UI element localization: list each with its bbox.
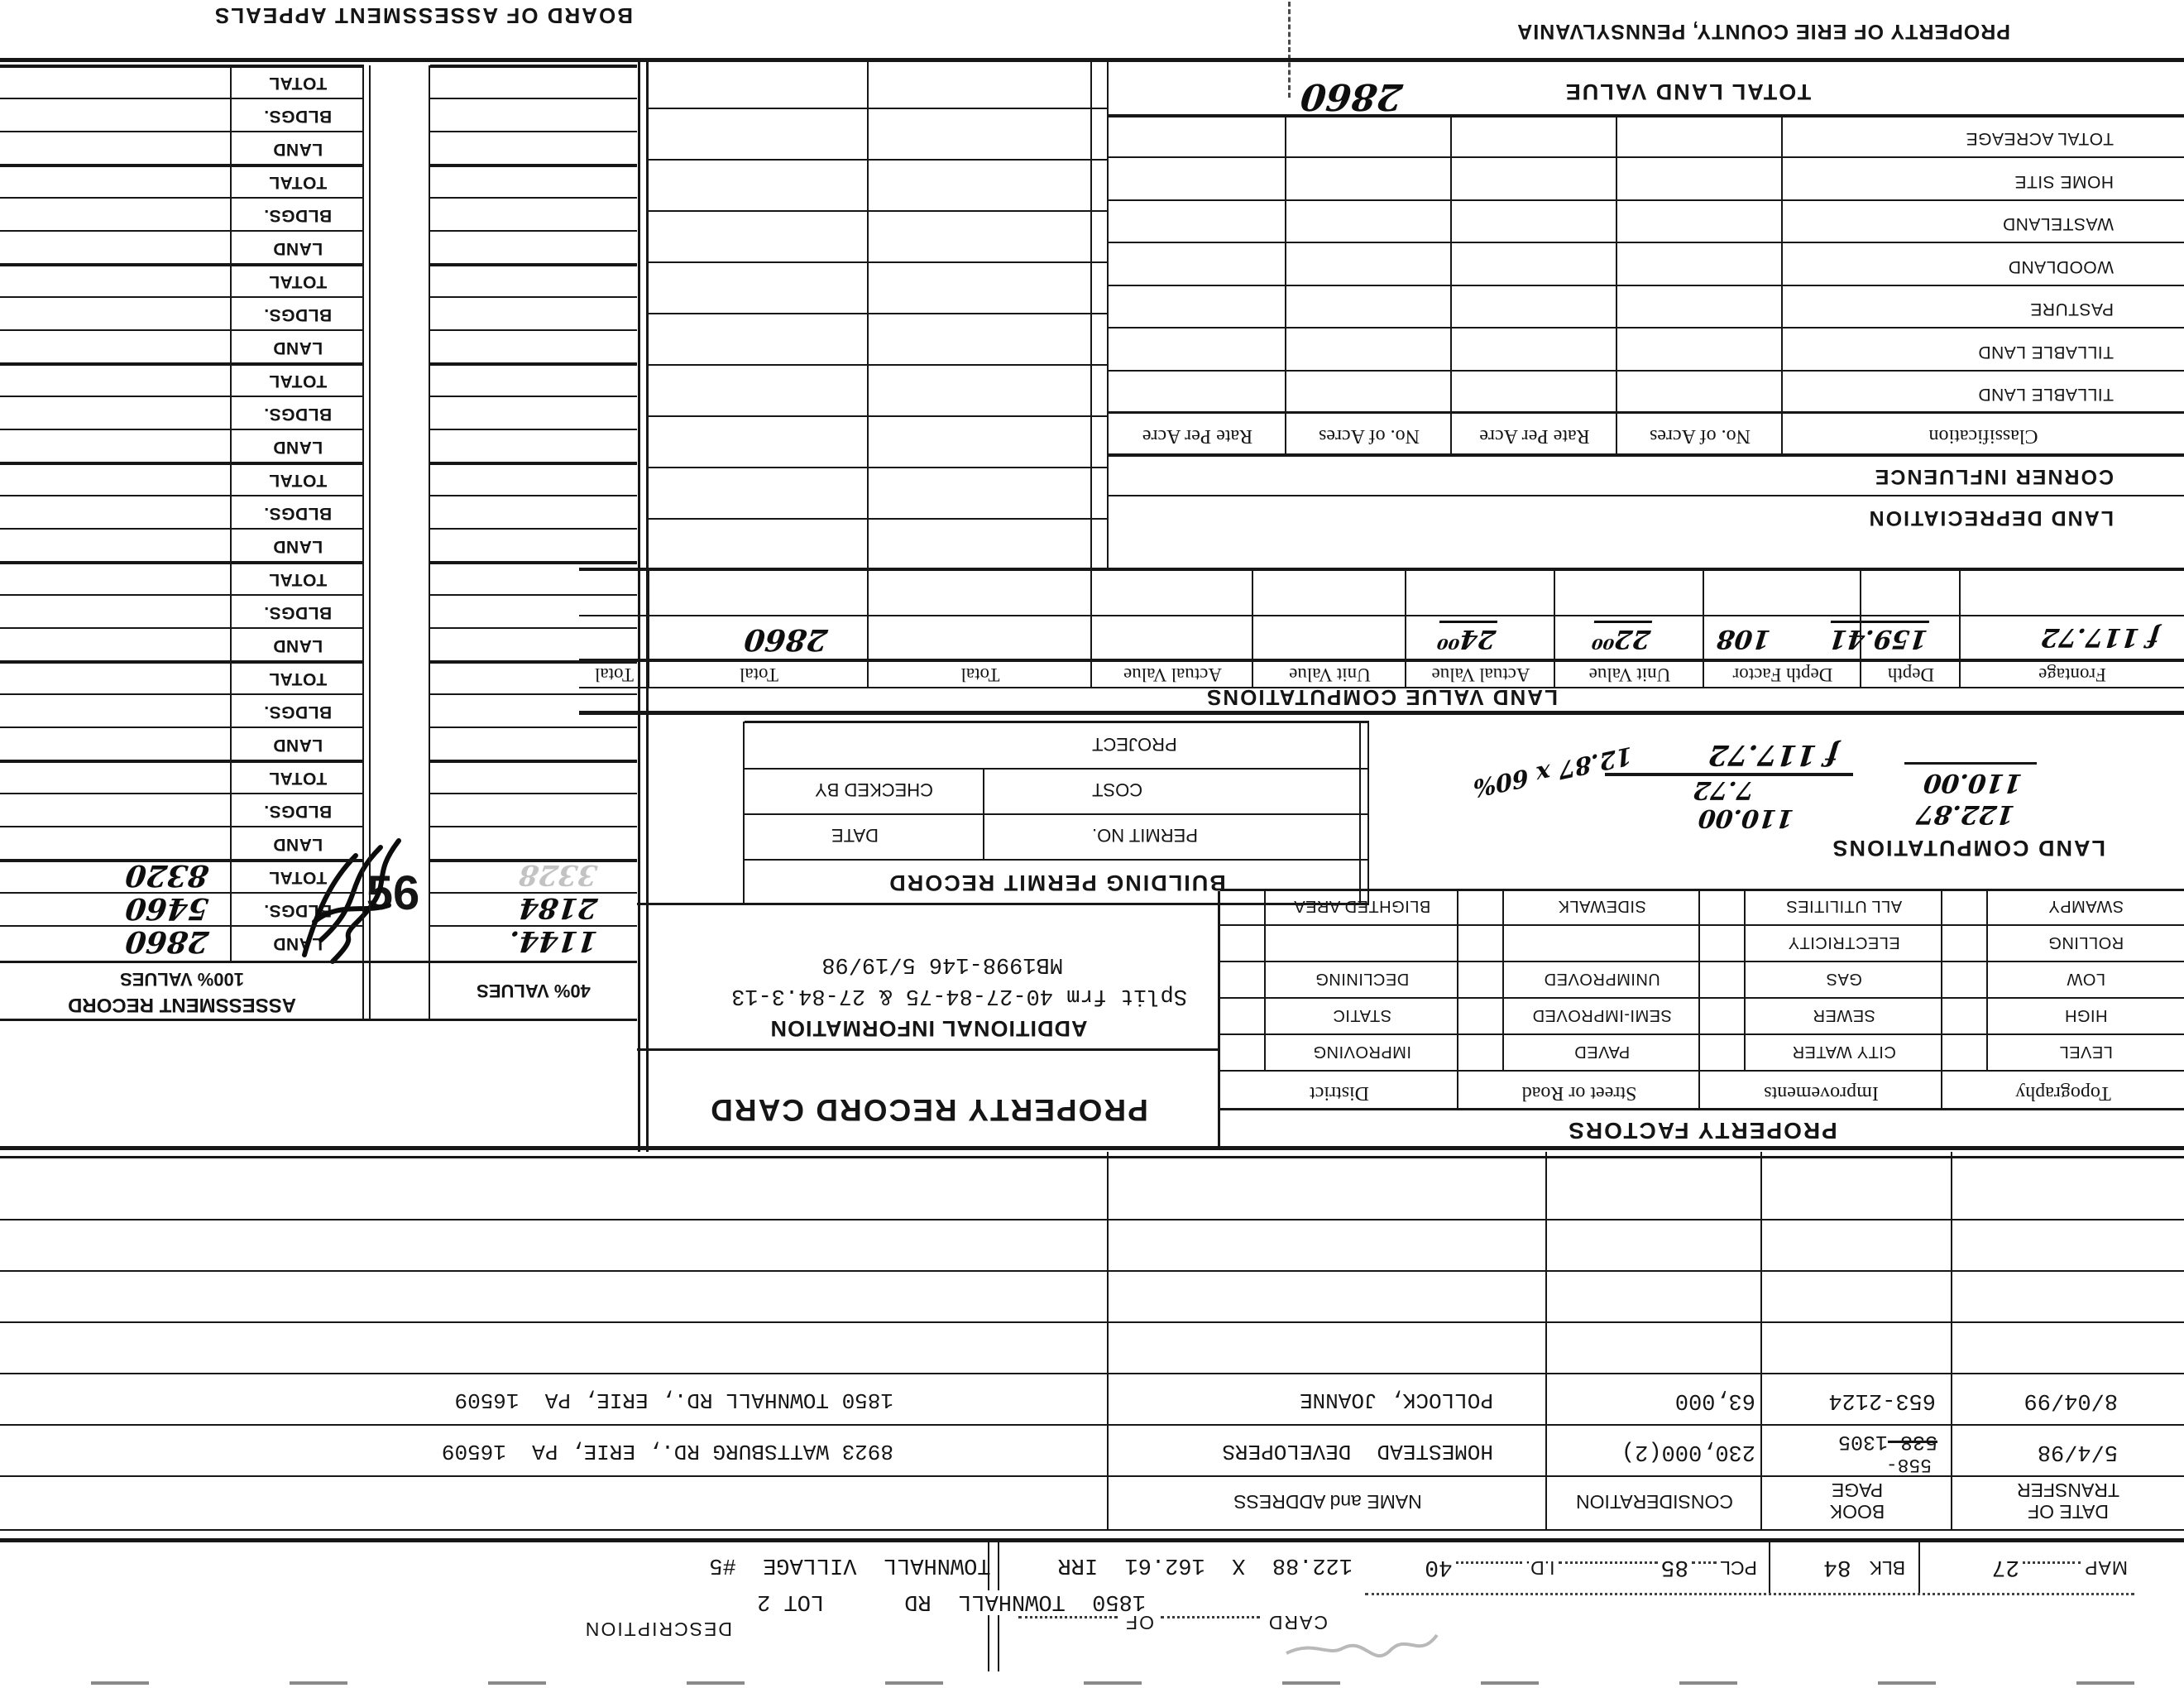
total-land-value-label: TOTAL LAND VALUE [1522,79,1853,104]
rule-line [430,594,637,596]
rule-line [998,1542,999,1590]
rule-line [0,925,364,927]
rule-line [1109,199,2184,201]
rule-line [1554,571,1555,688]
land-computations-title: LAND COMPUTATIONS [1832,835,2105,861]
corner-influence-label: CORNER INFLUENCE [1874,464,2114,488]
lvc-depth-factor-value: 108 [1715,624,1772,654]
assessment-row-label: BLDGS. [232,305,364,324]
assessment-row-label: BLDGS. [232,205,364,225]
rule-line [0,263,364,266]
classification-header: No. of Acres [1286,424,1452,447]
lc-minuend: 122.87 [1914,799,2015,829]
rule-line [430,429,637,430]
rule-line [430,329,637,331]
pcl-label: PCL [1720,1557,1757,1579]
rule-line [1252,571,1253,688]
assessment-record-header: ASSESSMENT RECORD [0,993,364,1016]
rule-line [579,659,2184,662]
rule-line [0,58,2184,62]
rule-line [1220,889,2184,891]
factor-group-header: Topography [1942,1081,2184,1104]
rule-line [1220,1033,2184,1035]
assessment-row-label: BLDGS. [232,602,364,622]
classification-row-label: WOODLAND [2008,257,2114,276]
rule-line [430,164,637,167]
assessment-row-label: LAND [232,139,364,159]
rule-line [430,362,637,366]
lvc-actual-value: 24⁰⁰ [1436,621,1498,654]
rule-line [647,415,1109,417]
footer-divider [1288,2,1291,98]
lvc-column-header: Unit Value [1555,664,1704,685]
permit-checked-by-label: CHECKED BY [815,779,984,800]
rule-line [745,859,1369,861]
factor-group-header: Street or Road [1458,1081,1700,1104]
rule-line [579,568,2184,571]
rule-line [0,197,364,199]
blk-label: BLK [1870,1557,1905,1579]
rule-line [0,1373,2184,1374]
blk-cell: BLK 84 [1770,1540,1920,1593]
rule-line [0,1019,637,1021]
rule-line [0,362,364,366]
rule-line [745,813,1369,815]
rule-line [0,1538,2184,1542]
assessment-row-label: TOTAL [232,73,364,93]
rule-line [0,462,364,465]
rule-line [1109,327,2184,328]
rule-line [647,159,1109,161]
rule-line [1616,116,1617,457]
transfer-consideration: 63,000 [1675,1388,1755,1412]
rule-line [1109,453,2184,457]
rule-line [1109,411,2184,414]
rule-line [647,364,1109,366]
rule-line [983,770,984,861]
rule-line [430,98,637,99]
factor-item: ROLLING [1988,933,2184,952]
rule-line [1744,891,1746,1072]
assessment-100pct-value: 2860 [124,924,211,959]
rule-line [0,131,364,132]
lc-sum-bar [1605,773,1853,776]
classification-row-label: TILLABLE LAND [1978,384,2114,404]
lvc-column-header: Depth Factor [1704,664,1861,685]
rule-line [0,429,364,430]
rule-line [430,793,637,794]
description-dimensions: 122.88 X 162.61 IRR TOWNHALL VILLAGE #5 [709,1552,1353,1577]
footer-left: PROPERTY OF ERIE COUNTY, PENNSYLVANIA [1516,19,2010,43]
factor-item: HIGH [1988,1005,2184,1024]
factor-item: PAVED [1504,1042,1700,1061]
rule-line [1220,1070,2184,1072]
rule-line [0,164,364,167]
rule-line [1986,891,1988,1072]
rule-line [745,768,1369,770]
transfer-date: 8/04/99 [2024,1388,2118,1412]
permit-no-label: PERMIT NO. [1092,824,1365,846]
rule-line [1109,114,2184,117]
rule-line [0,1424,2184,1426]
rule-line [647,518,1109,520]
rule-line [867,571,869,688]
rule-line [1698,891,1700,1109]
transfer-date: 5/4/98 [2038,1439,2118,1464]
rule-line [743,722,745,904]
rule-line [1545,1152,1547,1529]
rule-line [430,396,637,397]
rule-line [430,296,637,298]
rule-line [1959,571,1961,688]
factor-item: SEWER [1746,1005,1942,1024]
rule-line [0,495,364,496]
pcl-value: 85 [1661,1554,1689,1580]
transfer-book-page: 653-2124 [1828,1388,1936,1412]
assessment-row-label: TOTAL [232,371,364,391]
factor-group-header: District [1220,1081,1458,1104]
lc-diff-bar [1904,762,2037,765]
map-leader [2023,1561,2081,1577]
lc-note: 12.87 x 60% [1472,741,1633,803]
lvc-total-value: 2860 [743,622,830,657]
rule-line [647,313,1109,314]
assessment-row-label: TOTAL [232,569,364,589]
transfer-book-header: BOOK PAGE [1808,1479,1907,1523]
rule-line [1264,891,1266,1072]
assessment-row-label: LAND [232,735,364,755]
map-strip: MAP 27 BLK 84 PCL 85 I.D. 40 [1365,1540,2134,1595]
lc-sum: f 117.72 [1707,738,1840,771]
rule-line [579,711,2184,715]
blk-value: 84 [1823,1554,1851,1580]
pcl-leader [1692,1561,1717,1577]
rule-line [430,495,637,496]
rule-line [362,65,364,1021]
assessment-row-label: TOTAL [232,271,364,291]
assessment-row-label: BLDGS. [232,503,364,523]
rule-line [430,760,637,763]
card-label: CARD [1267,1612,1328,1633]
rule-line [430,892,637,894]
edge-dashes [50,1681,2134,1685]
assessment-row-label: TOTAL [232,669,364,688]
assessment-row-label: BLDGS. [232,404,364,424]
rule-line [430,561,637,564]
assessment-row-label: LAND [232,635,364,655]
rule-line [647,210,1109,212]
rule-line [429,65,430,1021]
classification-header: Rate Per Acre [1452,424,1617,447]
rule-line [579,687,2184,688]
transfer-book-correction: 558- [1886,1454,1932,1475]
rule-line [430,197,637,199]
lvc-column-header: Actual Value [1092,664,1253,685]
rule-line [1220,961,2184,962]
pct40-header: 40% VALUES [430,980,637,1001]
factor-item: CITY WATER [1746,1042,1942,1061]
rule-line [0,961,637,963]
rule-line [430,462,637,465]
footer-right: BOARD OF ASSESSMENT APPEALS [213,2,633,28]
factor-item: GAS [1746,969,1942,988]
rule-line [1109,242,2184,243]
rule-line [0,859,364,862]
rule-line [1090,571,1092,688]
permit-date-label: DATE [831,824,984,846]
transfer-date-header: DATE OF TRANSFER [1998,1479,2138,1523]
assessment-row-label: TOTAL [232,470,364,490]
id-value: 40 [1425,1554,1453,1580]
factor-item: UNIMPROVED [1504,969,1700,988]
rule-line [1285,116,1286,457]
total-land-value-amount: 2860 [1299,75,1405,117]
rule-line [638,60,640,1152]
factor-item: LEVEL [1988,1042,2184,1061]
lvc-column-header: Unit Value [1253,664,1406,685]
factor-item: IMPROVING [1266,1042,1458,1061]
building-permit-title: BUILDING PERMIT RECORD [745,870,1369,895]
transfer-book-page: 538-1305 [1838,1430,1937,1454]
classification-row-label: PASTURE [2030,299,2114,319]
factor-group-header: Improvements [1700,1081,1942,1104]
assessment-row-label: BLDGS. [232,106,364,126]
assessment-40pct-value: 1144. [507,924,599,957]
lc-addend2: 7.72 [1692,775,1755,804]
rule-line [430,826,637,827]
rule-line [867,60,869,571]
rule-line [1951,1152,1952,1529]
assessment-100pct-value: 8320 [124,858,211,893]
rule-line [230,65,232,963]
rule-line [637,1048,1220,1051]
factor-item: DECLINING [1266,969,1458,988]
rule-line [1760,1152,1762,1529]
rule-line [0,329,364,331]
factor-item: ELECTRICITY [1746,933,1942,952]
rule-line [988,1542,989,1590]
additional-info-label: ADDITIONAL INFORMATION [637,1015,1220,1041]
lvc-depth-value: 159.41 [1827,621,1929,654]
rule-line [647,108,1109,109]
rule-line [1450,116,1452,457]
transfer-address: 8923 WATTSBURG RD., ERIE, PA 16509 [442,1439,893,1464]
rule-line [0,793,364,794]
rule-line [1860,571,1861,688]
assessment-row-label: LAND [232,338,364,357]
rule-line [988,1615,989,1671]
additional-info-line2: MB1998-146 5/19/98 [821,952,1063,976]
property-record-card: CARD OF MAP 27 BLK 84 PCL 85 I.D. 40 DES… [0,0,2184,1688]
card-of-line: CARD OF [1018,1611,1328,1633]
lvc-column-header: Total [649,664,869,685]
rule-line [0,396,364,397]
of-label: OF [1124,1612,1154,1633]
rule-line [430,65,637,68]
classification-header: Classification [1783,424,2184,447]
assessment-row-label: LAND [232,536,364,556]
rule-line [0,561,364,564]
classification-row-label: HOME SITE [2014,171,2114,191]
map-value: 27 [1992,1554,2020,1580]
rule-line [430,727,637,728]
rule-line [1109,495,2184,496]
pcl-cell: PCL 85 I.D. 40 [1365,1540,1770,1593]
assessment-row-label: LAND [232,238,364,258]
rule-line [1405,571,1406,688]
rule-line [0,1529,2184,1531]
transfer-consideration-header: CONSIDERATION [1547,1490,1762,1513]
assessment-row-label: BLDGS. [232,702,364,722]
rule-line [1109,285,2184,286]
card-leader [1161,1616,1260,1632]
rule-line [1107,1152,1109,1529]
rule-line [647,467,1109,468]
rule-line [1457,891,1458,1109]
rule-line [0,296,364,298]
rule-line [0,727,364,728]
assessment-row-label: TOTAL [232,768,364,788]
classification-header: Rate Per Acre [1109,424,1286,447]
classification-row-label: TOTAL ACREAGE [1966,128,2114,148]
assessment-row-label: LAND [232,437,364,457]
factor-item: SEMI-IMPROVED [1504,1005,1700,1024]
rule-line [369,65,371,1021]
rule-line [0,892,364,894]
rule-line [0,1156,2184,1158]
factor-item: SWAMPY [1988,896,2184,915]
rule-line [579,615,2184,616]
factor-item: BLIGHTED AREA [1266,896,1458,915]
rule-line [0,230,364,232]
rule-line [1220,1108,2184,1110]
assessment-40pct-value: 3328 [517,858,599,891]
transfer-name: HOMESTEAD DEVELOPERS [1222,1439,1493,1464]
lvc-frontage-value: f 117.72 [2039,622,2161,652]
rule-line [430,859,637,862]
rule-line [0,693,364,695]
id-leader-1 [1559,1561,1658,1577]
signature-scribble [290,835,414,980]
lc-subtrahend: 110.00 [1922,768,2023,798]
assessment-100pct-value: 5460 [124,891,211,926]
lc-addend1: 110.00 [1697,803,1795,832]
lvc-unit-value: 22⁰⁰ [1591,621,1653,654]
lvc-column-header: Total [869,664,1092,685]
factor-item: STATIC [1266,1005,1458,1024]
transfer-name: POLLOCK, JOANNE [1300,1388,1493,1412]
additional-info-line1: Split frm 40-27-84-75 & 27-84.3-13 [731,983,1187,1008]
rule-line [1109,156,2184,158]
id-label: I.D. [1525,1557,1555,1579]
rule-line [1359,722,1361,904]
classification-row-label: TILLABLE LAND [1978,342,2114,362]
lvc-column-header: Actual Value [1406,664,1555,685]
transfer-address: 1850 TOWNHALL RD., ERIE, PA 16509 [455,1388,894,1412]
rule-line [1367,722,1369,904]
rule-line [0,1475,2184,1477]
rule-line [1220,997,2184,999]
rule-line [0,98,364,99]
rule-line [0,826,364,827]
rule-line [0,627,364,629]
map-cell: MAP 27 [1920,1540,2134,1593]
assessment-row-label: BLDGS. [232,801,364,821]
rule-line [430,925,637,927]
classification-header: No. of Acres [1617,424,1783,447]
rule-line [1703,571,1704,688]
rule-line [430,230,637,232]
rule-line [1109,370,2184,372]
rule-line [0,1146,2184,1150]
rule-line [1220,924,2184,926]
rule-line [0,594,364,596]
factor-item: LOW [1988,969,2184,988]
rule-line [647,261,1109,263]
rule-line [998,1615,999,1671]
rule-line [1502,891,1504,1072]
rule-line [0,660,364,664]
assessment-40pct-value: 2184 [517,891,599,924]
permit-cost-label: COST [1092,779,1365,800]
factor-item: ALL UTILITIES [1746,896,1942,915]
classification-row-label: WASTELAND [2003,213,2114,233]
rule-line [430,627,637,629]
rule-line [430,131,637,132]
transfer-name-header: NAME and ADDRESS [1109,1490,1547,1513]
description-address: 1850 TOWNHALL RD LOT 2 [757,1589,1146,1614]
rule-line [0,65,364,68]
lvc-column-header: Depth [1861,664,1961,685]
assessment-row-label: TOTAL [232,172,364,192]
description-label: DESCRIPTION [584,1618,732,1640]
rule-line [646,60,649,1152]
rule-line [637,903,1369,905]
factor-item: SIDEWALK [1504,896,1700,915]
rule-line [0,760,364,763]
rule-line [0,1321,2184,1323]
property-factors-title: PROPERTY FACTORS [1220,1117,2184,1144]
rule-line [1090,60,1092,571]
id-leader-2 [1456,1561,1522,1577]
of-leader [1018,1616,1118,1632]
rule-line [1781,116,1783,457]
rule-line [0,1219,2184,1220]
rule-line [0,528,364,530]
map-label: MAP [2084,1557,2128,1579]
lvc-column-header: Frontage [1961,664,2184,685]
rule-line [0,1270,2184,1272]
land-depreciation-label: LAND DEPRECIATION [1868,506,2114,530]
rule-line [1941,891,1942,1109]
page-title: PROPERTY RECORD CARD [637,1092,1220,1127]
rule-line [430,693,637,695]
rule-line [430,528,637,530]
struck-book: 538- [1888,1430,1937,1454]
permit-project-label: PROJECT [1092,733,1365,755]
transfer-consideration: 230,000(2) [1621,1439,1755,1464]
rule-line [745,721,1369,723]
rule-line [1218,891,1220,1150]
rule-line [430,263,637,266]
